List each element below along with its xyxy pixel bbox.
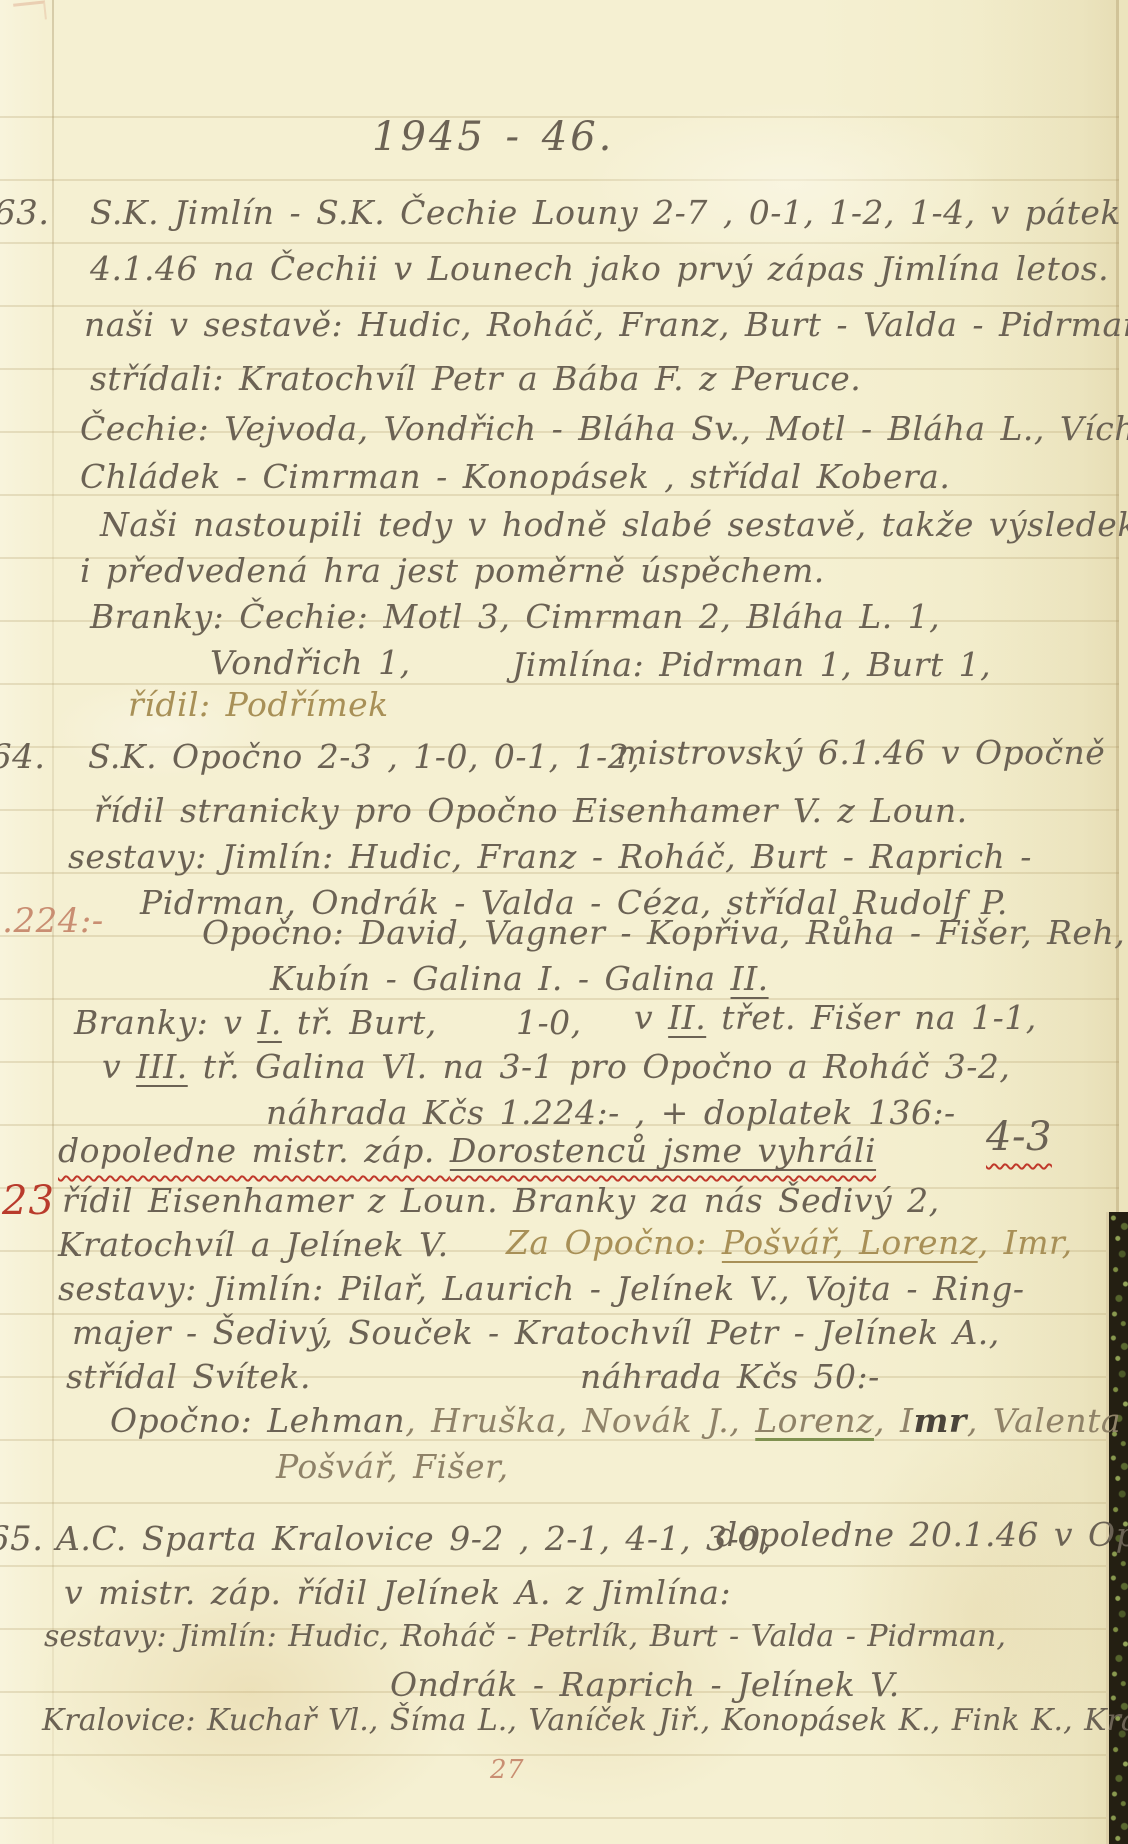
entry64-line10-score: 4-3 — [986, 1112, 1052, 1162]
entry64-line12b: Za Opočno: Pošvář, Lorenz, Imr, — [506, 1222, 1073, 1263]
entry64-line7a-segment: Branky: v — [74, 1003, 257, 1042]
entry64-line17: Pošvář, Fišer, — [276, 1446, 509, 1487]
entry63-line10b: Jimlína: Pidrman 1, Burt 1, — [512, 644, 991, 685]
entry63-line3: naši v sestavě: Hudic, Roháč, Franz, Bur… — [84, 304, 1128, 345]
entry64-line7a: Branky: v I. tř. Burt, — [74, 1002, 437, 1043]
entry63-referee: řídil: Podřímek — [128, 684, 389, 725]
entry64-line16-segment: , Hruška, Novák J., — [405, 1401, 755, 1440]
page-number: 27 — [490, 1754, 524, 1787]
entry64-line16: Opočno: Lehman, Hruška, Novák J., Lorenz… — [110, 1400, 1121, 1441]
entry64-number: 64. — [0, 736, 46, 779]
entry64-line10-segment: dopoledne mistr. záp. — [58, 1131, 450, 1170]
faint-corner-mark — [13, 0, 47, 22]
paper-highlight — [580, 100, 1000, 270]
page-edge — [1119, 0, 1128, 1215]
entry63-line1: S.K. Jimlín - S.K. Čechie Louny 2-7 , 0-… — [90, 192, 1121, 233]
entry64-line6-segment: Kubín - Galina I. - Galina — [270, 959, 731, 998]
entry64-line9: náhrada Kčs 1.224:- , + doplatek 136:- — [266, 1092, 956, 1133]
entry65-line1a: A.C. Sparta Kralovice 9-2 , 2-1, 4-1, 3-… — [56, 1518, 772, 1559]
entry64-line14: majer - Šedivý, Souček - Kratochvíl Petr… — [72, 1312, 1000, 1353]
entry64-margin-23: 23 — [2, 1176, 55, 1226]
entry63-line6: Chládek - Cimrman - Konopásek , střídal … — [80, 456, 950, 497]
entry64-line2: řídil stranicky pro Opočno Eisenhamer V.… — [94, 790, 968, 831]
entry64-line8-segment: III. — [136, 1047, 188, 1086]
entry65-line3: sestavy: Jimlín: Hudic, Roháč - Petrlík,… — [44, 1618, 1006, 1656]
entry65-line4: Ondrák - Raprich - Jelínek V. — [390, 1664, 900, 1705]
season-title: 1945 - 46. — [372, 112, 614, 162]
entry63-number: 63. — [0, 192, 50, 235]
paper-stain — [840, 1420, 1110, 1810]
entry64-line3: sestavy: Jimlín: Hudic, Franz - Roháč, B… — [68, 836, 1032, 877]
entry64-line12b-segment: Pošvář, Lorenz — [722, 1223, 978, 1262]
entry64-line7b: 1-0, — [516, 1002, 582, 1043]
entry64-line12a: Kratochvíl a Jelínek V. — [58, 1224, 449, 1265]
entry64-line1a: S.K. Opočno 2-3 , 1-0, 0-1, 1-2, — [88, 736, 640, 777]
entry64-line8-segment: v — [102, 1047, 136, 1086]
entry63-line9: Branky: Čechie: Motl 3, Cimrman 2, Bláha… — [90, 596, 940, 637]
entry64-line16-segment: Opočno: Lehman — [110, 1401, 405, 1440]
entry64-line7c: v II. třet. Fišer na 1-1, — [634, 997, 1037, 1038]
entry64-line16-segment: mr — [914, 1401, 967, 1440]
entry64-line1b: mistrovský 6.1.46 v Opočně — [616, 732, 1105, 773]
entry64-line15b: náhrada Kčs 50:- — [580, 1356, 880, 1397]
entry65-line2: v mistr. záp. řídil Jelínek A. z Jimlína… — [64, 1572, 731, 1613]
page-edge-line — [1116, 0, 1119, 1215]
notebook-page: 1945 - 46.63.S.K. Jimlín - S.K. Čechie L… — [0, 0, 1128, 1844]
entry64-line7c-segment: II. — [668, 998, 706, 1037]
entry64-line10-segment: Dorostenců jsme vyhráli — [450, 1131, 876, 1170]
entry64-line7c-segment: třet. Fišer na 1-1, — [706, 998, 1037, 1037]
entry63-line5: Čechie: Vejvoda, Vondřich - Bláha Sv., M… — [80, 408, 1128, 449]
entry63-line2: 4.1.46 na Čechii v Lounech jako prvý záp… — [90, 248, 1109, 289]
entry64-line16-segment: Lorenz — [755, 1401, 874, 1440]
entry64-line7a-segment: tř. Burt, — [282, 1003, 437, 1042]
entry64-line12b-segment: Za Opočno: — [506, 1223, 722, 1262]
entry64-line6-segment: II. — [731, 959, 769, 998]
entry65-number: 65. — [0, 1518, 44, 1561]
entry64-line7a-segment: I. — [257, 1003, 282, 1042]
entry64-line6: Kubín - Galina I. - Galina II. — [270, 958, 769, 999]
entry64-line8-segment: tř. Galina Vl. na 3-1 pro Opočno a Roháč… — [188, 1047, 1011, 1086]
entry65-line5: Kralovice: Kuchař Vl., Šíma L., Vaníček … — [42, 1702, 1128, 1740]
entry63-line8: i předvedená hra jest poměrně úspěchem. — [80, 550, 825, 591]
entry64-line5: Opočno: David, Vagner - Kopřiva, Růha - … — [202, 912, 1125, 953]
entry64-line16-segment: , I — [874, 1401, 914, 1440]
entry63-line4: střídali: Kratochvíl Petr a Bába F. z Pe… — [90, 358, 861, 399]
entry64-line13: sestavy: Jimlín: Pilař, Laurich - Jelíne… — [58, 1268, 1025, 1309]
entry63-line7: Naši nastoupili tedy v hodně slabé sesta… — [100, 504, 1128, 545]
entry64-line15a: střídal Svítek. — [66, 1356, 311, 1397]
entry65-line1b: dopoledne 20.1.46 v Opočně — [716, 1514, 1128, 1555]
entry64-margin-amount: 1.224:- — [0, 900, 104, 943]
entry64-line7c-segment: v — [634, 998, 668, 1037]
entry63-line10a: Vondřich 1, — [210, 642, 411, 683]
entry64-line11: řídil Eisenhamer z Loun. Branky za nás Š… — [62, 1180, 940, 1221]
entry64-line8: v III. tř. Galina Vl. na 3-1 pro Opočno … — [102, 1046, 1010, 1087]
entry64-line12b-segment: , Imr, — [978, 1223, 1073, 1262]
entry64-line16-segment: , Valenta — [967, 1401, 1121, 1440]
entry64-line10: dopoledne mistr. záp. Dorostenců jsme vy… — [58, 1130, 876, 1171]
